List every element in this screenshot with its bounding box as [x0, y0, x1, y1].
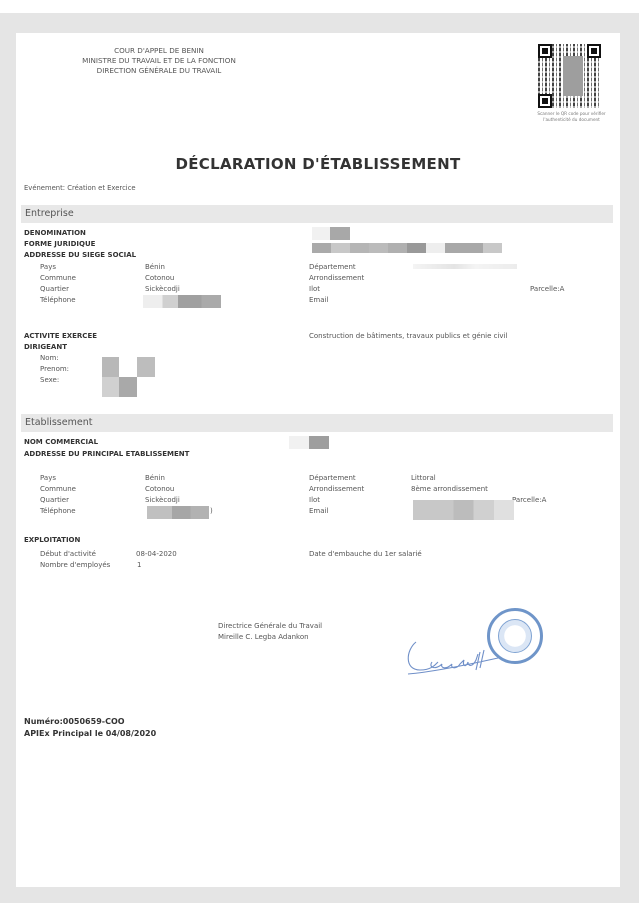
denomination-label: DENOMINATION — [24, 229, 86, 237]
pays-value: Bénin — [145, 263, 165, 271]
email-redaction — [413, 500, 514, 520]
apiex-issue-date: APIEx Principal le 04/08/2020 — [24, 729, 156, 738]
qr-caption: Scanner le QR code pour vérifier l'authe… — [534, 111, 609, 123]
quartier-value: Sickècodji — [145, 496, 180, 504]
qr-finder-icon — [587, 44, 601, 58]
issuer-line-ministry: MINISTRE DU TRAVAIL ET DE LA FONCTION — [44, 56, 274, 66]
document-title: DÉCLARATION D'ÉTABLISSEMENT — [16, 155, 620, 173]
signatory-title: Directrice Générale du Travail — [218, 622, 322, 630]
commune-label: Commune — [40, 485, 76, 493]
issuer-line-court: COUR D'APPEL DE BENIN — [44, 46, 274, 56]
ilot-label: Ilot — [309, 285, 320, 293]
forme-juridique-redaction — [312, 243, 502, 253]
adresse-etablissement-label: ADDRESSE DU PRINCIPAL ETABLISSEMENT — [24, 450, 189, 458]
departement-value: Littoral — [411, 474, 436, 482]
commune-label: Commune — [40, 274, 76, 282]
telephone-label: Téléphone — [40, 296, 76, 304]
qr-finder-icon — [538, 44, 552, 58]
qr-redaction — [563, 56, 583, 96]
pays-value: Bénin — [145, 474, 165, 482]
section-header-etablissement: Etablissement — [21, 414, 613, 432]
parcelle-value: Parcelle:A — [512, 496, 546, 504]
quartier-label: Quartier — [40, 496, 69, 504]
signatory-name: Mireille C. Legba Adankon — [218, 633, 309, 641]
telephone-redaction — [147, 506, 209, 519]
nombre-employes-value: 1 — [137, 561, 141, 569]
debut-activite-label: Début d'activité — [40, 550, 96, 558]
email-label: Email — [309, 507, 328, 515]
telephone-redaction — [143, 295, 221, 308]
arrondissement-label: Arrondissement — [309, 485, 364, 493]
nom-redaction — [102, 357, 119, 377]
nom-commercial-redaction — [289, 436, 309, 449]
quartier-value: Sickècodji — [145, 285, 180, 293]
nom-commercial-redaction — [309, 436, 329, 449]
telephone-label: Téléphone — [40, 507, 76, 515]
prenom-redaction — [102, 377, 119, 397]
prenom-label: Prenom: — [40, 365, 69, 373]
denomination-redaction — [312, 227, 330, 240]
email-label: Email — [309, 296, 328, 304]
debut-activite-value: 08-04-2020 — [136, 550, 177, 558]
nombre-employes-label: Nombre d'employés — [40, 561, 110, 569]
nom-label: Nom: — [40, 354, 59, 362]
arrondissement-label: Arrondissement — [309, 274, 364, 282]
dirigeant-label: DIRIGEANT — [24, 343, 67, 351]
qr-finder-icon — [538, 94, 552, 108]
telephone-tail: ) — [210, 507, 213, 515]
activite-value: Construction de bâtiments, travaux publi… — [309, 332, 507, 340]
arrondissement-value: 8ème arrondissement — [411, 485, 488, 493]
issuer-header: COUR D'APPEL DE BENIN MINISTRE DU TRAVAI… — [44, 46, 274, 76]
departement-redaction — [413, 264, 517, 269]
nom-commercial-label: NOM COMMERCIAL — [24, 438, 98, 446]
quartier-label: Quartier — [40, 285, 69, 293]
prenom-redaction — [119, 377, 137, 397]
document-number: Numéro:0050659-COO — [24, 717, 125, 726]
section-header-entreprise: Entreprise — [21, 205, 613, 223]
exploitation-label: EXPLOITATION — [24, 536, 80, 544]
commune-value: Cotonou — [145, 485, 174, 493]
nom-redaction — [137, 357, 155, 377]
event-text: Evénement: Création et Exercice — [24, 184, 136, 192]
pays-label: Pays — [40, 263, 56, 271]
official-stamp-inner-icon — [498, 619, 532, 653]
forme-juridique-label: FORME JURIDIQUE — [24, 240, 95, 248]
ilot-label: Ilot — [309, 496, 320, 504]
parcelle-value: Parcelle:A — [530, 285, 564, 293]
date-embauche-label: Date d'embauche du 1er salarié — [309, 550, 422, 558]
commune-value: Cotonou — [145, 274, 174, 282]
document-page: COUR D'APPEL DE BENIN MINISTRE DU TRAVAI… — [16, 33, 620, 887]
issuer-line-direction: DIRECTION GÉNÉRALE DU TRAVAIL — [44, 66, 274, 76]
sexe-label: Sexe: — [40, 376, 59, 384]
siege-social-label: ADDRESSE DU SIEGE SOCIAL — [24, 251, 136, 259]
denomination-redaction — [330, 227, 350, 240]
pays-label: Pays — [40, 474, 56, 482]
departement-label: Département — [309, 263, 356, 271]
departement-label: Département — [309, 474, 356, 482]
activite-label: ACTIVITE EXERCEE — [24, 332, 97, 340]
